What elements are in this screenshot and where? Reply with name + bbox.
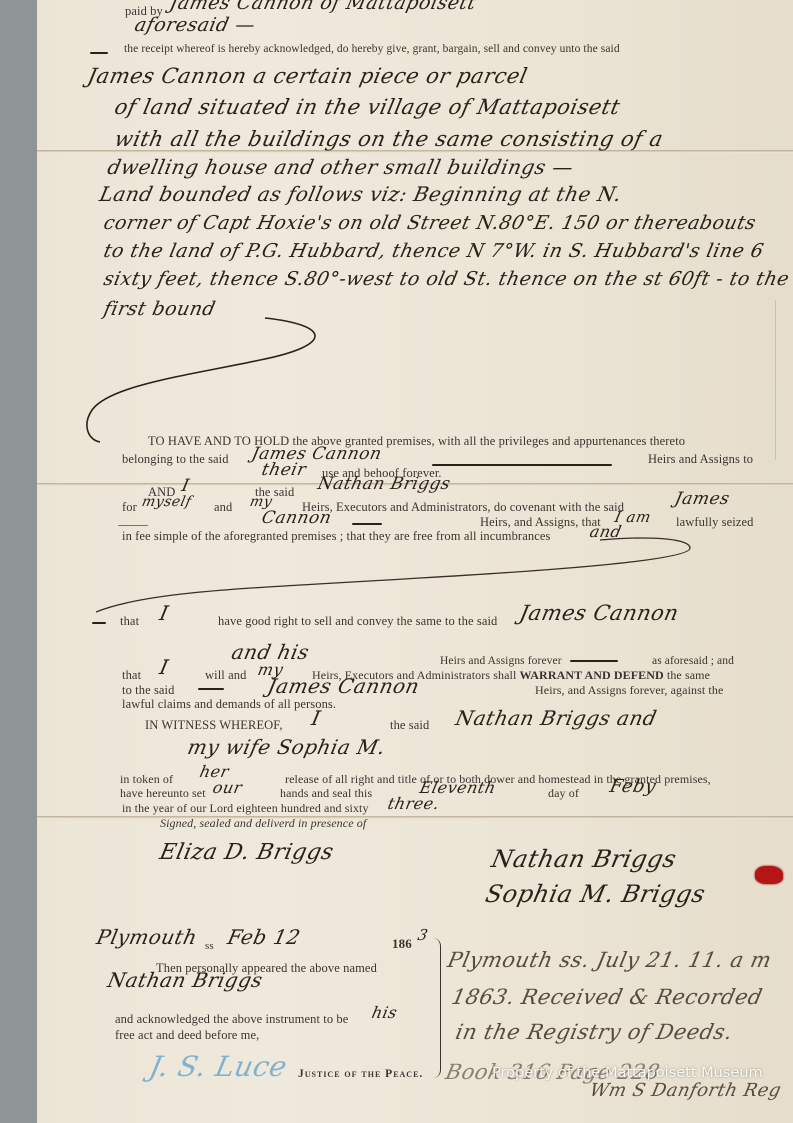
ack-year-printed: 186 <box>392 936 412 952</box>
witness-the-said: the said <box>390 718 429 733</box>
his-hand: his <box>370 1003 399 1022</box>
fold-line <box>37 816 793 819</box>
warranty-grantee: James Cannon <box>265 674 421 698</box>
good-right-printed: have good right to sell and convey the s… <box>218 614 497 629</box>
grant-line: with all the buildings on the same consi… <box>112 127 665 151</box>
fill-line <box>352 523 382 525</box>
paid-by-value: James Cannon of Mattapoisett <box>168 0 479 14</box>
fill-line <box>570 660 618 662</box>
token-label: in token of <box>120 772 173 787</box>
for-hand: myself <box>140 494 193 510</box>
that-label: that <box>120 614 139 629</box>
heirs-assigns-to: Heirs and Assigns to <box>648 452 753 467</box>
warrant-defend: WARRANT AND DEFEND <box>520 668 664 682</box>
heirs-covenant: Heirs, Executors and Administrators, do … <box>302 500 624 515</box>
grantor-signature-2: Sophia M. Briggs <box>483 880 708 908</box>
that-label-2: that <box>122 668 141 683</box>
as-aforesaid: as aforesaid ; and <box>652 655 734 667</box>
margin-rule <box>775 300 776 460</box>
signed-sealed: Signed, sealed and deliverd in presence … <box>160 816 366 831</box>
fee-simple: in fee simple of the aforegranted premis… <box>122 529 550 544</box>
grant-line: first bound <box>102 298 218 320</box>
to-the-said: to the said <box>122 683 174 698</box>
belonging-label: belonging to the said <box>122 452 229 467</box>
heirs-assigns-that: Heirs, and Assigns, that <box>480 515 601 530</box>
registry-line-3: in the Registry of Deeds. <box>453 1020 734 1044</box>
wax-seal <box>755 866 783 884</box>
dash-mark <box>90 52 108 54</box>
grant-line: sixty feet, thence S.80°-west to old St.… <box>102 268 792 290</box>
acknowledged-text: and acknowledged the above instrument to… <box>115 1012 348 1027</box>
heirs-against: Heirs, and Assigns forever, against the <box>535 683 723 698</box>
justice-signature: J. S. Luce <box>146 1050 290 1083</box>
grantee-first: James <box>673 489 732 509</box>
county-hand: Plymouth <box>94 925 199 949</box>
grant-printed: the receipt whereof is hereby acknowledg… <box>124 43 620 55</box>
lawfully-seized: lawfully seized <box>676 515 754 530</box>
their-hand: their <box>260 460 308 480</box>
ack-date-hand: Feb 12 <box>225 925 302 949</box>
bracket <box>432 938 441 1078</box>
registry-line-1: Plymouth ss. July 21. 11. a m <box>445 948 773 972</box>
dash-mark <box>198 688 224 690</box>
fill-line <box>118 525 148 526</box>
lawful-claims: lawful claims and demands of all persons… <box>122 697 336 712</box>
grant-line: of land situated in the village of Matta… <box>112 95 622 119</box>
grant-line: James Cannon a certain piece or parcel <box>85 64 529 88</box>
justice-title: Justice of the Peace. <box>298 1068 423 1080</box>
grantor-signature-1: Nathan Briggs <box>489 845 679 873</box>
registry-register: Wm S Danforth Reg <box>588 1080 783 1101</box>
ack-name-hand: Nathan Briggs <box>105 968 265 992</box>
fill-line <box>432 464 612 466</box>
aforesaid: aforesaid — <box>133 14 258 36</box>
registry-line-2: 1863. Received & Recorded <box>449 985 764 1009</box>
for-label: for <box>122 500 137 515</box>
grant-line: dwelling house and other small buildings… <box>105 155 575 179</box>
day-of: day of <box>548 786 579 801</box>
and-label-2: and <box>214 500 232 515</box>
hands-seal: hands and seal this <box>280 786 372 801</box>
free-act-text: free act and deed before me, <box>115 1028 259 1043</box>
grantor-name: Nathan Briggs <box>316 474 453 494</box>
dash-mark <box>92 622 106 624</box>
habendum-line-1: TO HAVE AND TO HOLD the above granted pr… <box>148 434 685 449</box>
grant-line: corner of Capt Hoxie's on old Street N.8… <box>102 212 758 234</box>
witness-wife: my wife Sophia M. <box>185 735 387 759</box>
ss-label: ss <box>205 940 214 952</box>
and-hand-2: and <box>588 522 624 541</box>
year-label: in the year of our Lord eighteen hundred… <box>122 801 369 816</box>
grantee-last: Cannon <box>260 508 333 528</box>
grantee-name: James Cannon <box>517 601 681 625</box>
witness-heading: IN WITNESS WHEREOF, <box>145 718 283 733</box>
set-label: have hereunto set <box>120 786 206 801</box>
museum-watermark: Property of the Mattapoisett Museum <box>492 1065 763 1081</box>
grant-line: to the land of P.G. Hubbard, thence N 7°… <box>102 240 766 262</box>
year-hand: three. <box>386 794 441 813</box>
grant-line: Land bounded as follows viz: Beginning a… <box>97 182 624 206</box>
will-and: will and <box>205 668 246 683</box>
heirs-forever: Heirs and Assigns forever <box>440 655 562 667</box>
witness-signature: Eliza D. Briggs <box>157 840 336 865</box>
the-same: the same <box>667 668 710 682</box>
month-hand: Feby <box>608 776 658 797</box>
set-hand: our <box>211 778 244 797</box>
witness-name: Nathan Briggs and <box>453 706 659 730</box>
